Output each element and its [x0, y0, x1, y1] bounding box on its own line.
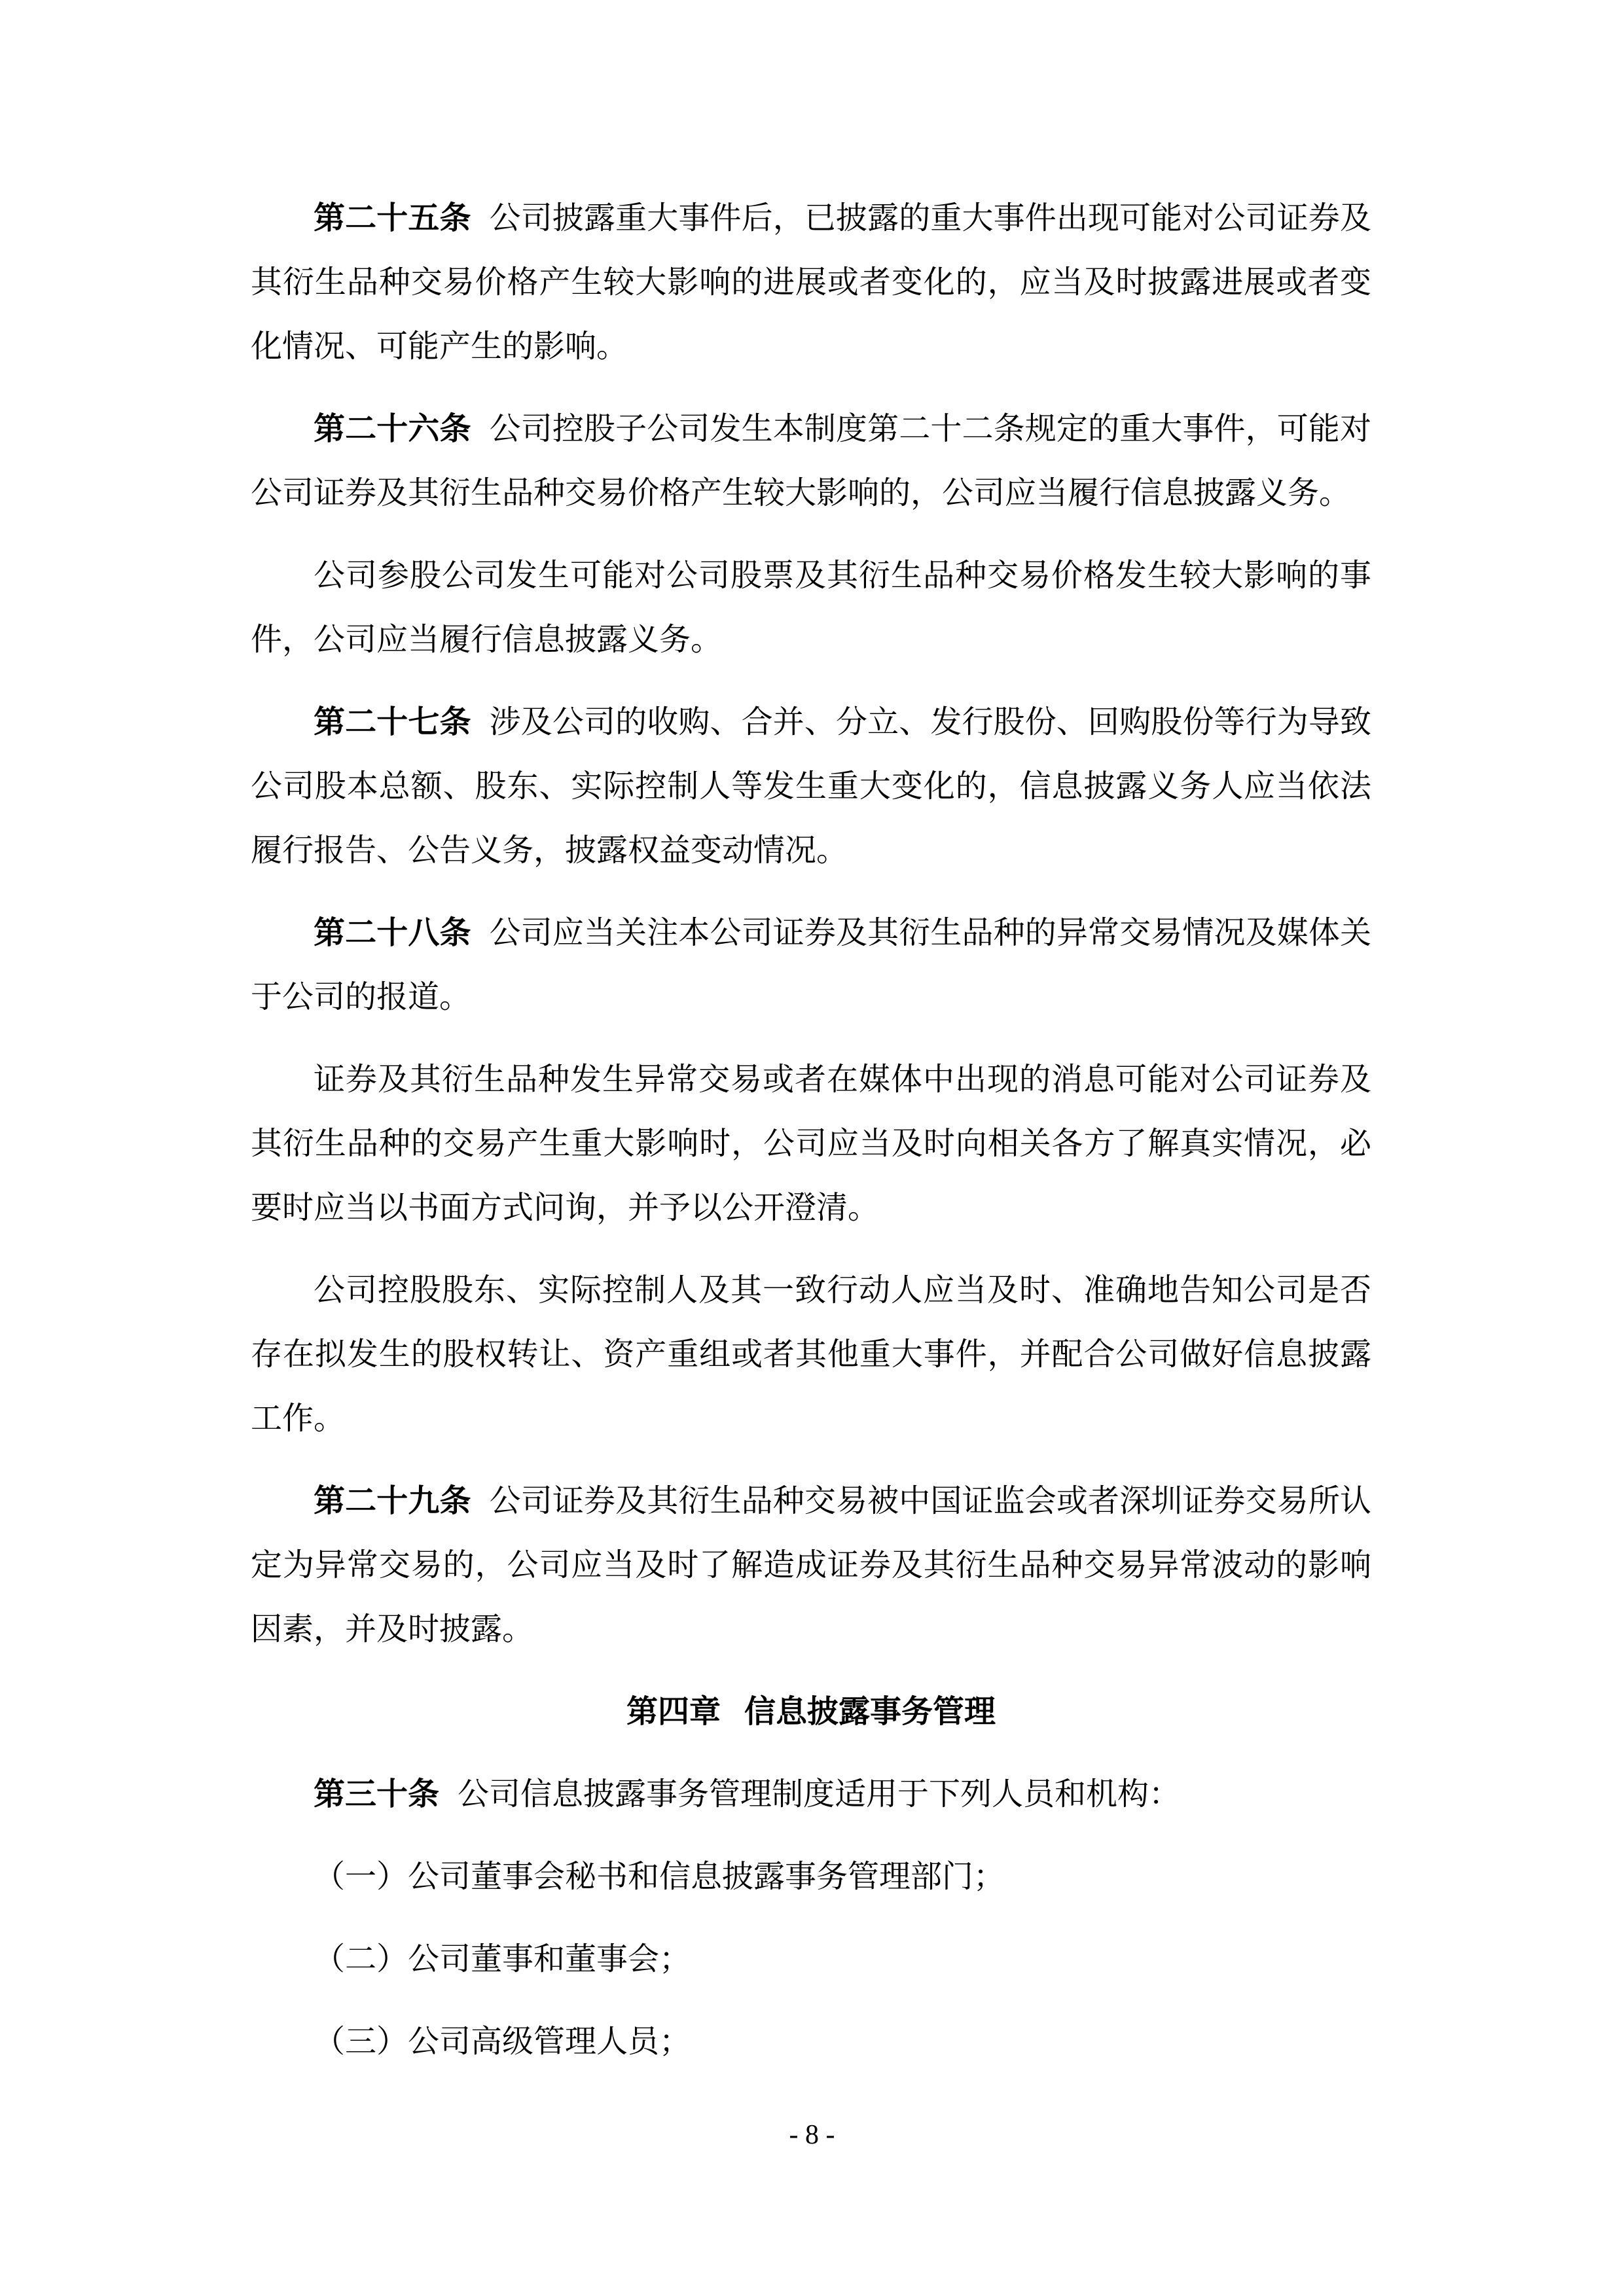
article-26-continuation-text: 公司参股公司发生可能对公司股票及其衍生品种交易价格发生较大影响的事件，公司应当履… — [251, 558, 1371, 657]
list-item-3-text: （三）公司高级管理人员； — [314, 2024, 691, 2059]
article-26: 第二十六条公司控股子公司发生本制度第二十二条规定的重大事件，可能对公司证券及其衍… — [251, 397, 1371, 526]
page-number: - 8 - — [0, 2119, 1624, 2151]
article-30-list-item-2: （二）公司董事和董事会； — [251, 1928, 1371, 1992]
article-30-list-item-3: （三）公司高级管理人员； — [251, 2010, 1371, 2074]
article-28-continuation-1: 证券及其衍生品种发生异常交易或者在媒体中出现的消息可能对公司证券及其衍生品种的交… — [251, 1048, 1371, 1240]
article-25-number: 第二十五条 — [314, 201, 471, 236]
article-30-number: 第三十条 — [314, 1777, 439, 1812]
article-26-number: 第二十六条 — [314, 412, 471, 446]
document-page: 第二十五条公司披露重大事件后，已披露的重大事件出现可能对公司证券及其衍生品种交易… — [0, 0, 1624, 2296]
article-26-continuation: 公司参股公司发生可能对公司股票及其衍生品种交易价格发生较大影响的事件，公司应当履… — [251, 544, 1371, 672]
article-29-number: 第二十九条 — [314, 1484, 471, 1518]
article-28-continuation-2-text: 公司控股股东、实际控制人及其一致行动人应当及时、准确地告知公司是否存在拟发生的股… — [251, 1273, 1371, 1436]
chapter-4-number: 第四章 — [626, 1695, 721, 1729]
list-item-1-text: （一）公司董事会秘书和信息披露事务管理部门； — [314, 1859, 1005, 1894]
article-30-text: 公司信息披露事务管理制度适用于下列人员和机构： — [458, 1777, 1180, 1812]
chapter-4-heading: 第四章信息披露事务管理 — [251, 1680, 1371, 1744]
article-28: 第二十八条公司应当关注本公司证券及其衍生品种的异常交易情况及媒体关于公司的报道。 — [251, 901, 1371, 1030]
article-28-continuation-1-text: 证券及其衍生品种发生异常交易或者在媒体中出现的消息可能对公司证券及其衍生品种的交… — [251, 1062, 1371, 1225]
document-body: 第二十五条公司披露重大事件后，已披露的重大事件出现可能对公司证券及其衍生品种交易… — [251, 187, 1371, 2092]
article-27-number: 第二十七条 — [314, 705, 471, 740]
list-item-2-text: （二）公司董事和董事会； — [314, 1942, 691, 1977]
article-30-list-item-1: （一）公司董事会秘书和信息披露事务管理部门； — [251, 1845, 1371, 1909]
article-28-continuation-2: 公司控股股东、实际控制人及其一致行动人应当及时、准确地告知公司是否存在拟发生的股… — [251, 1259, 1371, 1451]
article-25: 第二十五条公司披露重大事件后，已披露的重大事件出现可能对公司证券及其衍生品种交易… — [251, 187, 1371, 379]
article-28-number: 第二十八条 — [314, 916, 471, 950]
chapter-4-title: 信息披露事务管理 — [744, 1695, 996, 1729]
article-29: 第二十九条公司证券及其衍生品种交易被中国证监会或者深圳证券交易所认定为异常交易的… — [251, 1469, 1371, 1662]
article-27: 第二十七条涉及公司的收购、合并、分立、发行股份、回购股份等行为导致公司股本总额、… — [251, 691, 1371, 883]
article-30: 第三十条公司信息披露事务管理制度适用于下列人员和机构： — [251, 1763, 1371, 1827]
